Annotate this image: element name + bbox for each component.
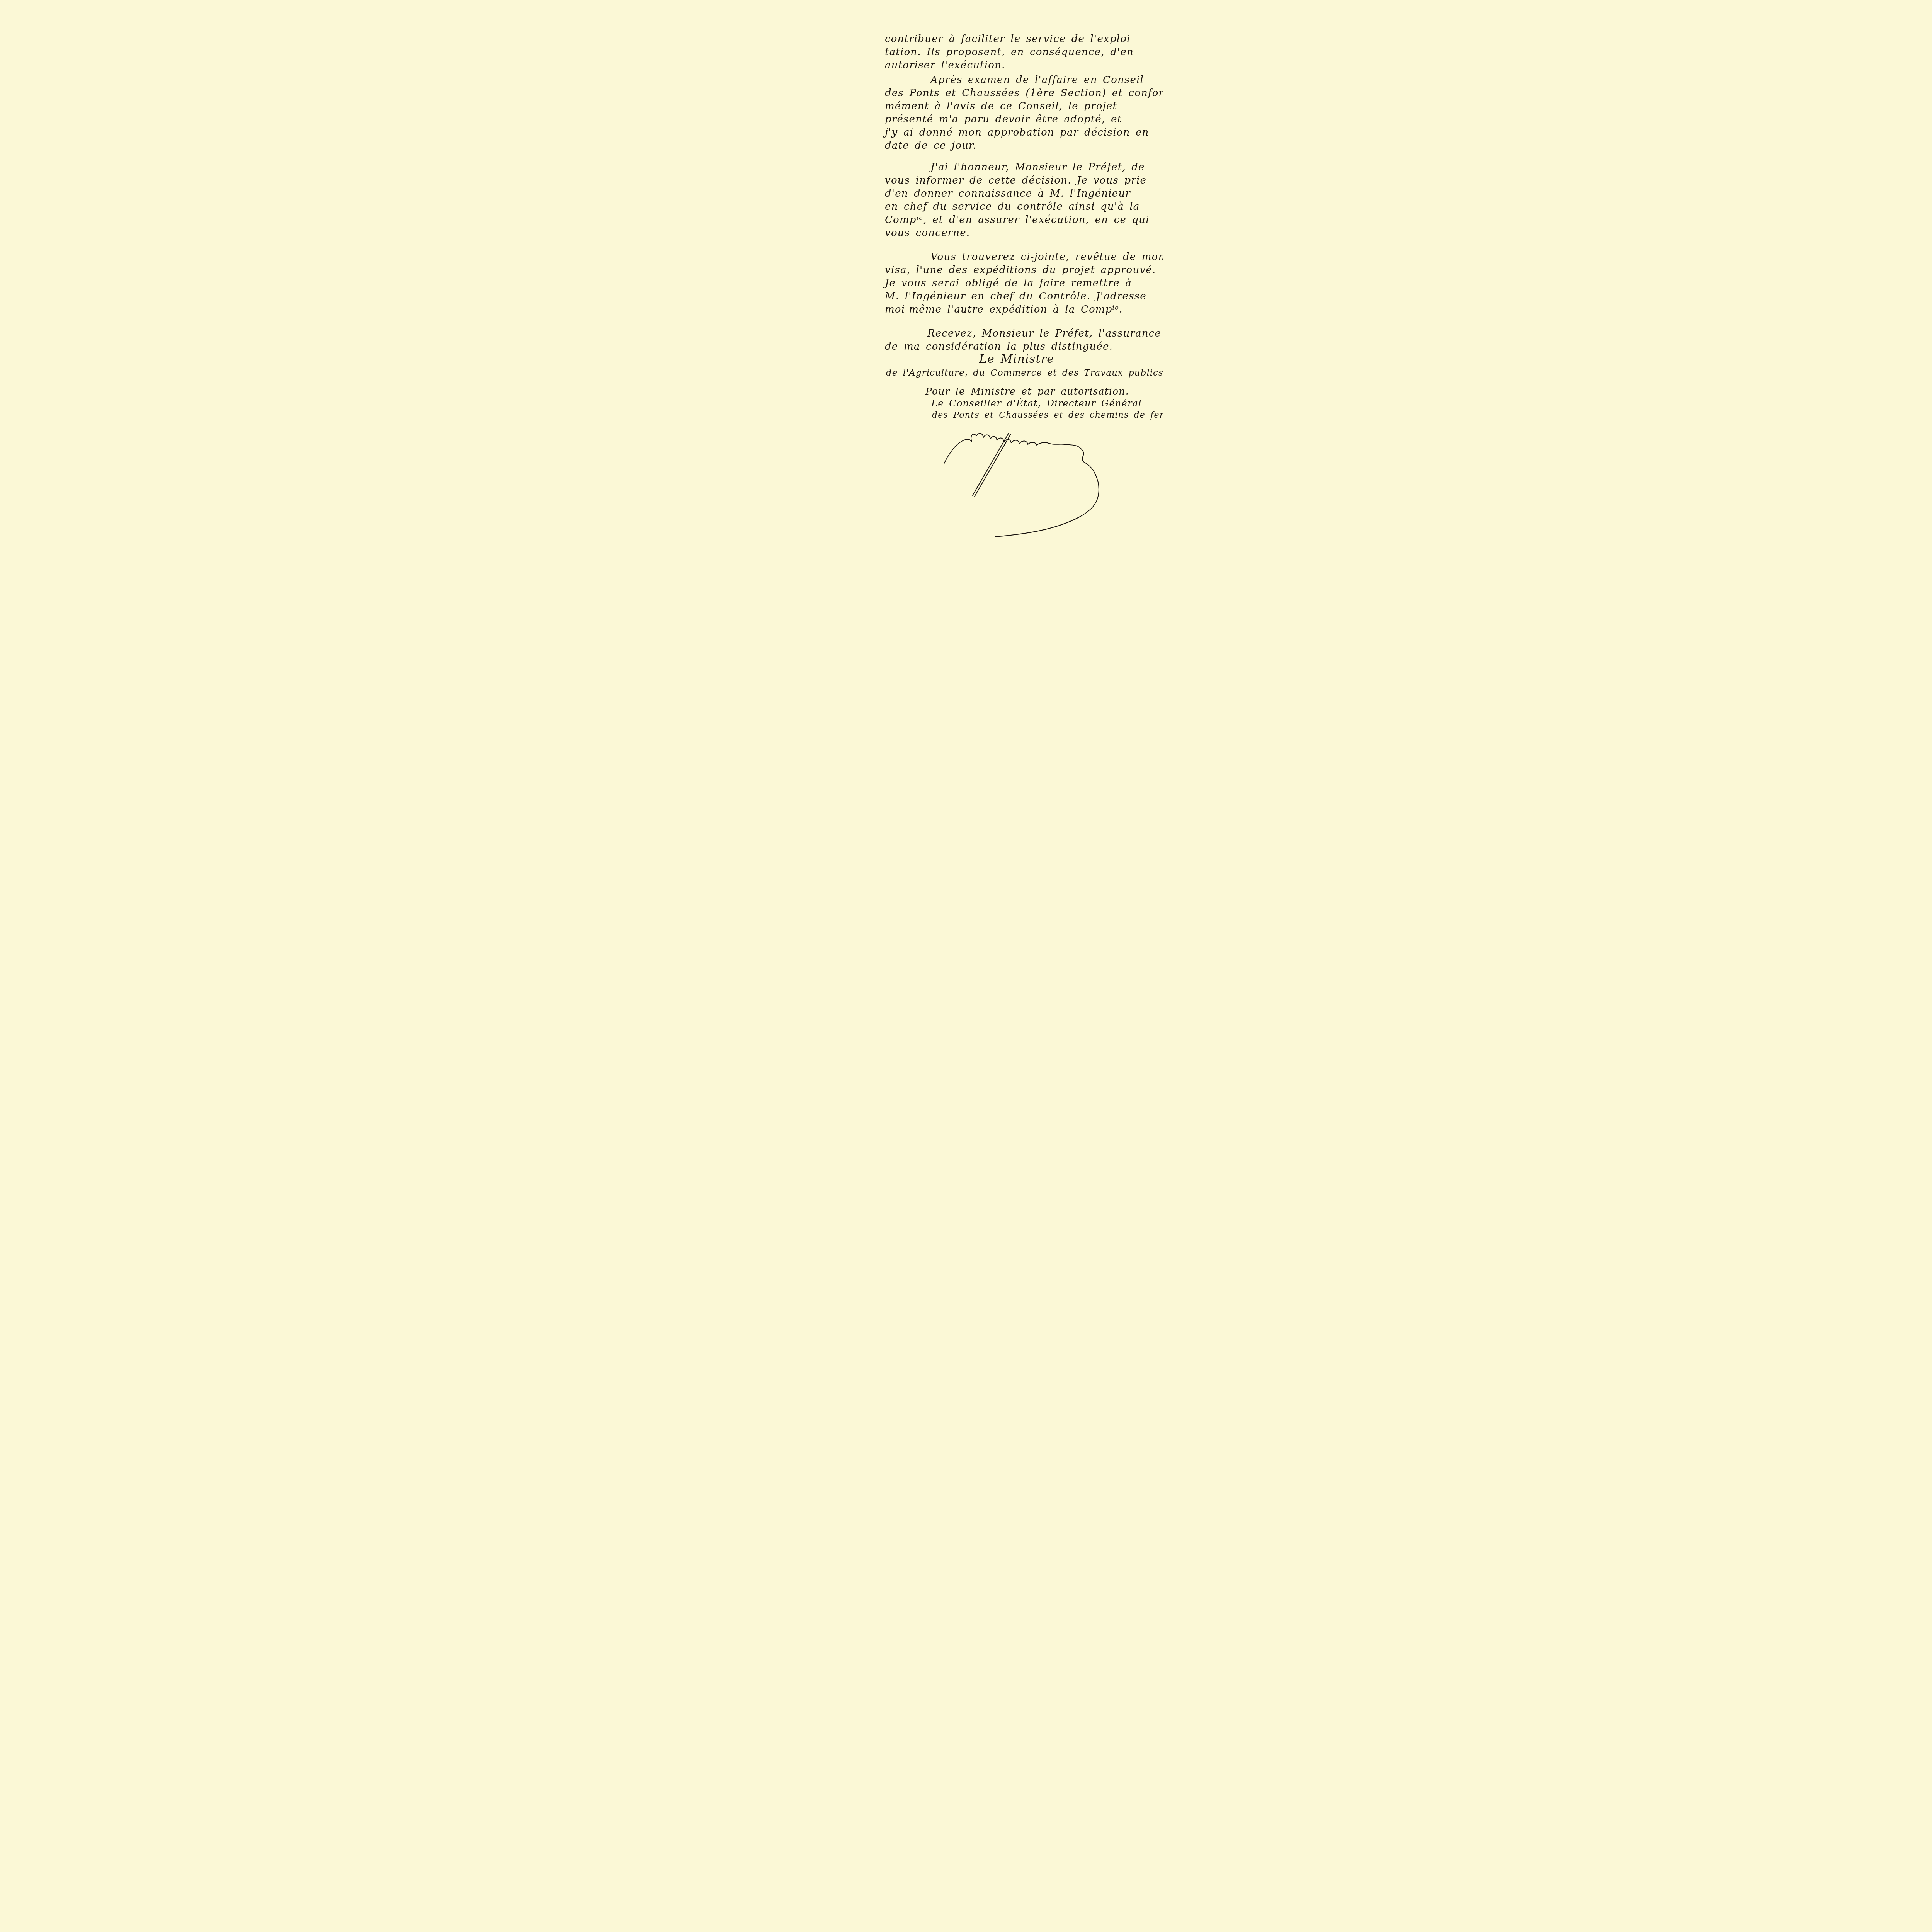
signoff-signer-title: Le Conseiller d'État, Directeur Général xyxy=(931,398,1142,409)
text-line: en chef du service du contrôle ainsi qu'… xyxy=(885,200,1150,213)
text-line: j'y ai donné mon approbation par décisio… xyxy=(885,126,1163,139)
text-line: autoriser l'exécution. xyxy=(885,59,1134,72)
text-line: contribuer à faciliter le service de l'e… xyxy=(885,32,1134,46)
text-line: M. l'Ingénieur en chef du Contrôle. J'ad… xyxy=(885,290,1163,303)
paragraph-notification: J'ai l'honneur, Monsieur le Préfet, de v… xyxy=(885,161,1150,240)
signoff-ministry: de l'Agriculture, du Commerce et des Tra… xyxy=(886,368,1163,378)
text-line: Recevez, Monsieur le Préfet, l'assurance xyxy=(885,327,1161,340)
text-line: des Ponts et Chaussées (1ère Section) et… xyxy=(885,87,1163,100)
text-line: Vous trouverez ci-jointe, revêtue de mon xyxy=(885,250,1163,264)
text-line: Après examen de l'affaire en Conseil xyxy=(885,73,1163,87)
text-line: date de ce jour. xyxy=(885,139,1163,152)
paragraph-continuation: contribuer à faciliter le service de l'e… xyxy=(885,32,1134,72)
signoff-signer-department: des Ponts et Chaussées et des chemins de… xyxy=(932,410,1163,420)
closing-formula: Recevez, Monsieur le Préfet, l'assurance… xyxy=(885,327,1161,353)
paragraph-enclosure: Vous trouverez ci-jointe, revêtue de mon… xyxy=(885,250,1163,316)
text-line: Compⁱᵉ, et d'en assurer l'exécution, en … xyxy=(885,213,1150,226)
text-line: d'en donner connaissance à M. l'Ingénieu… xyxy=(885,187,1150,200)
text-line: moi-même l'autre expédition à la Compⁱᵉ. xyxy=(885,303,1163,316)
signoff-role: Le Ministre xyxy=(979,352,1054,366)
document-page: contribuer à faciliter le service de l'e… xyxy=(769,0,1163,543)
text-line: vous informer de cette décision. Je vous… xyxy=(885,174,1150,187)
text-line: visa, l'une des expéditions du projet ap… xyxy=(885,264,1163,277)
signature-flourish-icon xyxy=(929,422,1111,538)
text-line: mément à l'avis de ce Conseil, le projet xyxy=(885,100,1163,113)
text-line: tation. Ils proposent, en conséquence, d… xyxy=(885,46,1134,59)
text-line: J'ai l'honneur, Monsieur le Préfet, de xyxy=(885,161,1150,174)
paragraph-approval: Après examen de l'affaire en Conseil des… xyxy=(885,73,1163,152)
text-line: vous concerne. xyxy=(885,226,1150,240)
text-line: de ma considération la plus distinguée. xyxy=(885,340,1161,353)
signoff-delegation: Pour le Ministre et par autorisation. xyxy=(925,386,1129,397)
text-line: présenté m'a paru devoir être adopté, et xyxy=(885,113,1163,126)
text-line: Je vous serai obligé de la faire remettr… xyxy=(885,277,1163,290)
